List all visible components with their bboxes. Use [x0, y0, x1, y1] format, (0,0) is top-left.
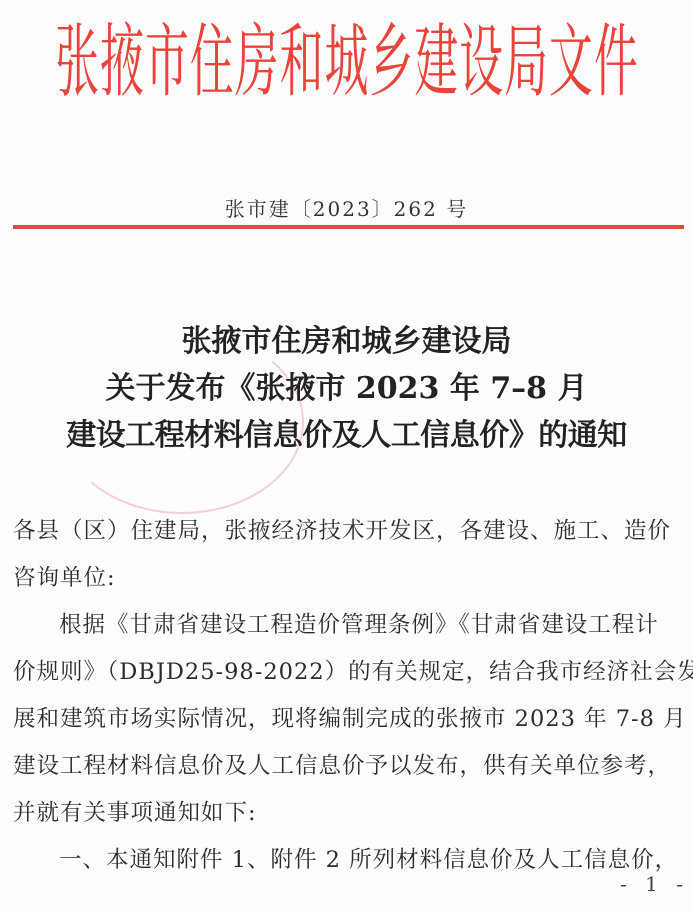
body-line-paragraph-1: 根据《甘肃省建设工程造价管理条例》《甘肃省建设工程计: [13, 602, 685, 649]
title-line-2: 关于发布《张掖市 2023 年 7–8 月: [0, 365, 693, 412]
title-line-3: 建设工程材料信息价及人工信息价》的通知: [0, 412, 693, 459]
notice-title: 张掖市住房和城乡建设局 关于发布《张掖市 2023 年 7–8 月 建设工程材料…: [0, 318, 693, 459]
notice-body: 各县（区）住建局，张掖经济技术开发区，各建设、施工、造价 咨询单位: 根据《甘肃…: [13, 508, 685, 884]
body-line-paragraph-1-cont: 价规则》（DBJD25-98-2022）的有关规定，结合我市经济社会发: [13, 649, 685, 696]
red-divider-line: [13, 225, 684, 229]
document-number: 张市建〔2023〕262 号: [0, 193, 693, 222]
document-page: 张掖市住房和城乡建设局文件 张市建〔2023〕262 号 张掖市住房和城乡建设局…: [0, 0, 693, 914]
body-line-item-1: 一、本通知附件 1、附件 2 所列材料信息价及人工信息价，: [13, 837, 685, 884]
body-line-paragraph-1-end: 并就有关事项通知如下:: [13, 790, 685, 837]
body-line-recipients: 各县（区）住建局，张掖经济技术开发区，各建设、施工、造价: [13, 508, 685, 555]
title-line-1: 张掖市住房和城乡建设局: [0, 318, 693, 365]
body-line-paragraph-1-cont: 展和建筑市场实际情况，现将编制完成的张掖市 2023 年 7-8 月: [13, 696, 685, 743]
page-number: - 1 -: [620, 872, 689, 896]
masthead-title: 张掖市住房和城乡建设局文件: [55, 0, 638, 112]
body-line-recipients-cont: 咨询单位:: [13, 555, 685, 602]
masthead: 张掖市住房和城乡建设局文件: [0, 8, 693, 104]
body-line-paragraph-1-cont: 建设工程材料信息价及人工信息价予以发布，供有关单位参考，: [13, 743, 685, 790]
